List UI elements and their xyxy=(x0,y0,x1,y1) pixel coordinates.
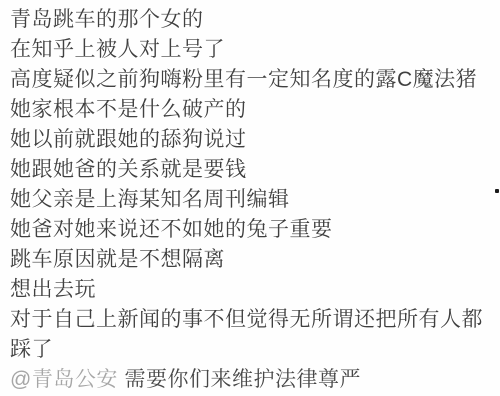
post-line-9: 跳车原因就是不想隔离 xyxy=(10,245,494,275)
artifact-dot xyxy=(495,189,499,193)
mention-qingdao-police[interactable]: @青岛公安 xyxy=(10,368,118,391)
post-line-12: 踩了 xyxy=(10,335,494,365)
post-line-5: 她以前就跟她的舔狗说过 xyxy=(10,125,494,155)
post-line-1: 青岛跳车的那个女的 xyxy=(10,5,494,35)
post-line-3: 高度疑似之前狗嗨粉里有一定知名度的露C魔法猪 xyxy=(10,65,494,95)
post-line-10: 想出去玩 xyxy=(10,275,494,305)
post-text: 青岛跳车的那个女的 在知乎上被人对上号了 高度疑似之前狗嗨粉里有一定知名度的露C… xyxy=(10,5,494,395)
post-line-2: 在知乎上被人对上号了 xyxy=(10,35,494,65)
post-line-mention: @青岛公安需要你们来维护法律尊严 xyxy=(10,365,494,395)
post-line-11: 对于自己上新闻的事不但觉得无所谓还把所有人都 xyxy=(10,305,494,335)
post-line-6: 她跟她爸的关系就是要钱 xyxy=(10,155,494,185)
post-screenshot: 青岛跳车的那个女的 在知乎上被人对上号了 高度疑似之前狗嗨粉里有一定知名度的露C… xyxy=(0,0,500,396)
post-line-4: 她家根本不是什么破产的 xyxy=(10,95,494,125)
mention-line-text: 需要你们来维护法律尊严 xyxy=(125,368,362,391)
post-line-7: 她父亲是上海某知名周刊编辑 xyxy=(10,185,494,215)
post-line-8: 她爸对她来说还不如她的兔子重要 xyxy=(10,215,494,245)
